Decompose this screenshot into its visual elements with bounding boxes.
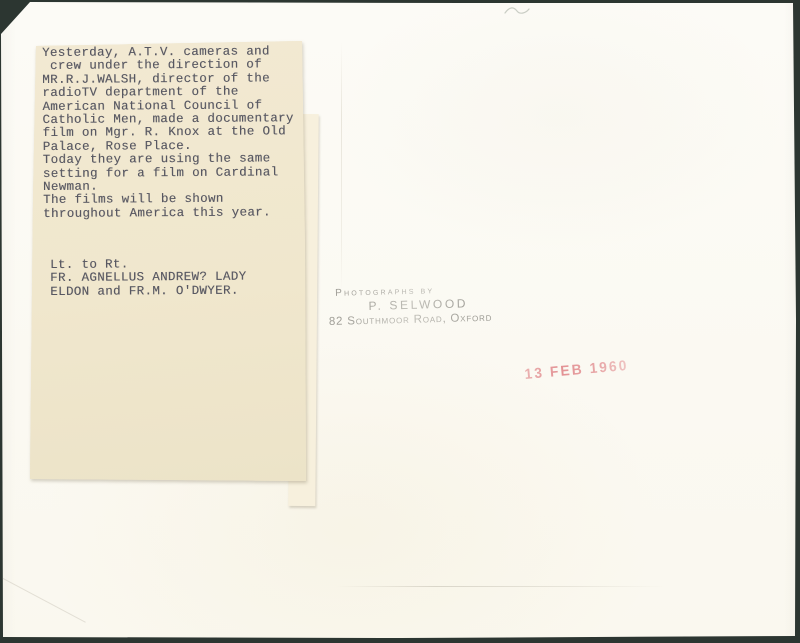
pencil-scribble-icon (504, 4, 530, 18)
photo-verso: Yesterday, A.T.V. cameras and crew under… (0, 0, 800, 643)
caption-credit-text: Lt. to Rt. FR. AGNELLUS ANDREW? LADY ELD… (50, 258, 247, 300)
crease-mark-vertical (341, 42, 342, 292)
caption-body-text: Yesterday, A.T.V. cameras and crew under… (42, 45, 294, 221)
scan-background: Yesterday, A.T.V. cameras and crew under… (0, 0, 800, 643)
stamp-line-photographer-name: P. SELWOOD (368, 295, 518, 313)
photographer-stamp: Photographs by P. SELWOOD 82 Southmoor R… (328, 283, 519, 328)
crease-mark-horizontal (336, 586, 666, 587)
caption-paper: Yesterday, A.T.V. cameras and crew under… (28, 38, 310, 488)
